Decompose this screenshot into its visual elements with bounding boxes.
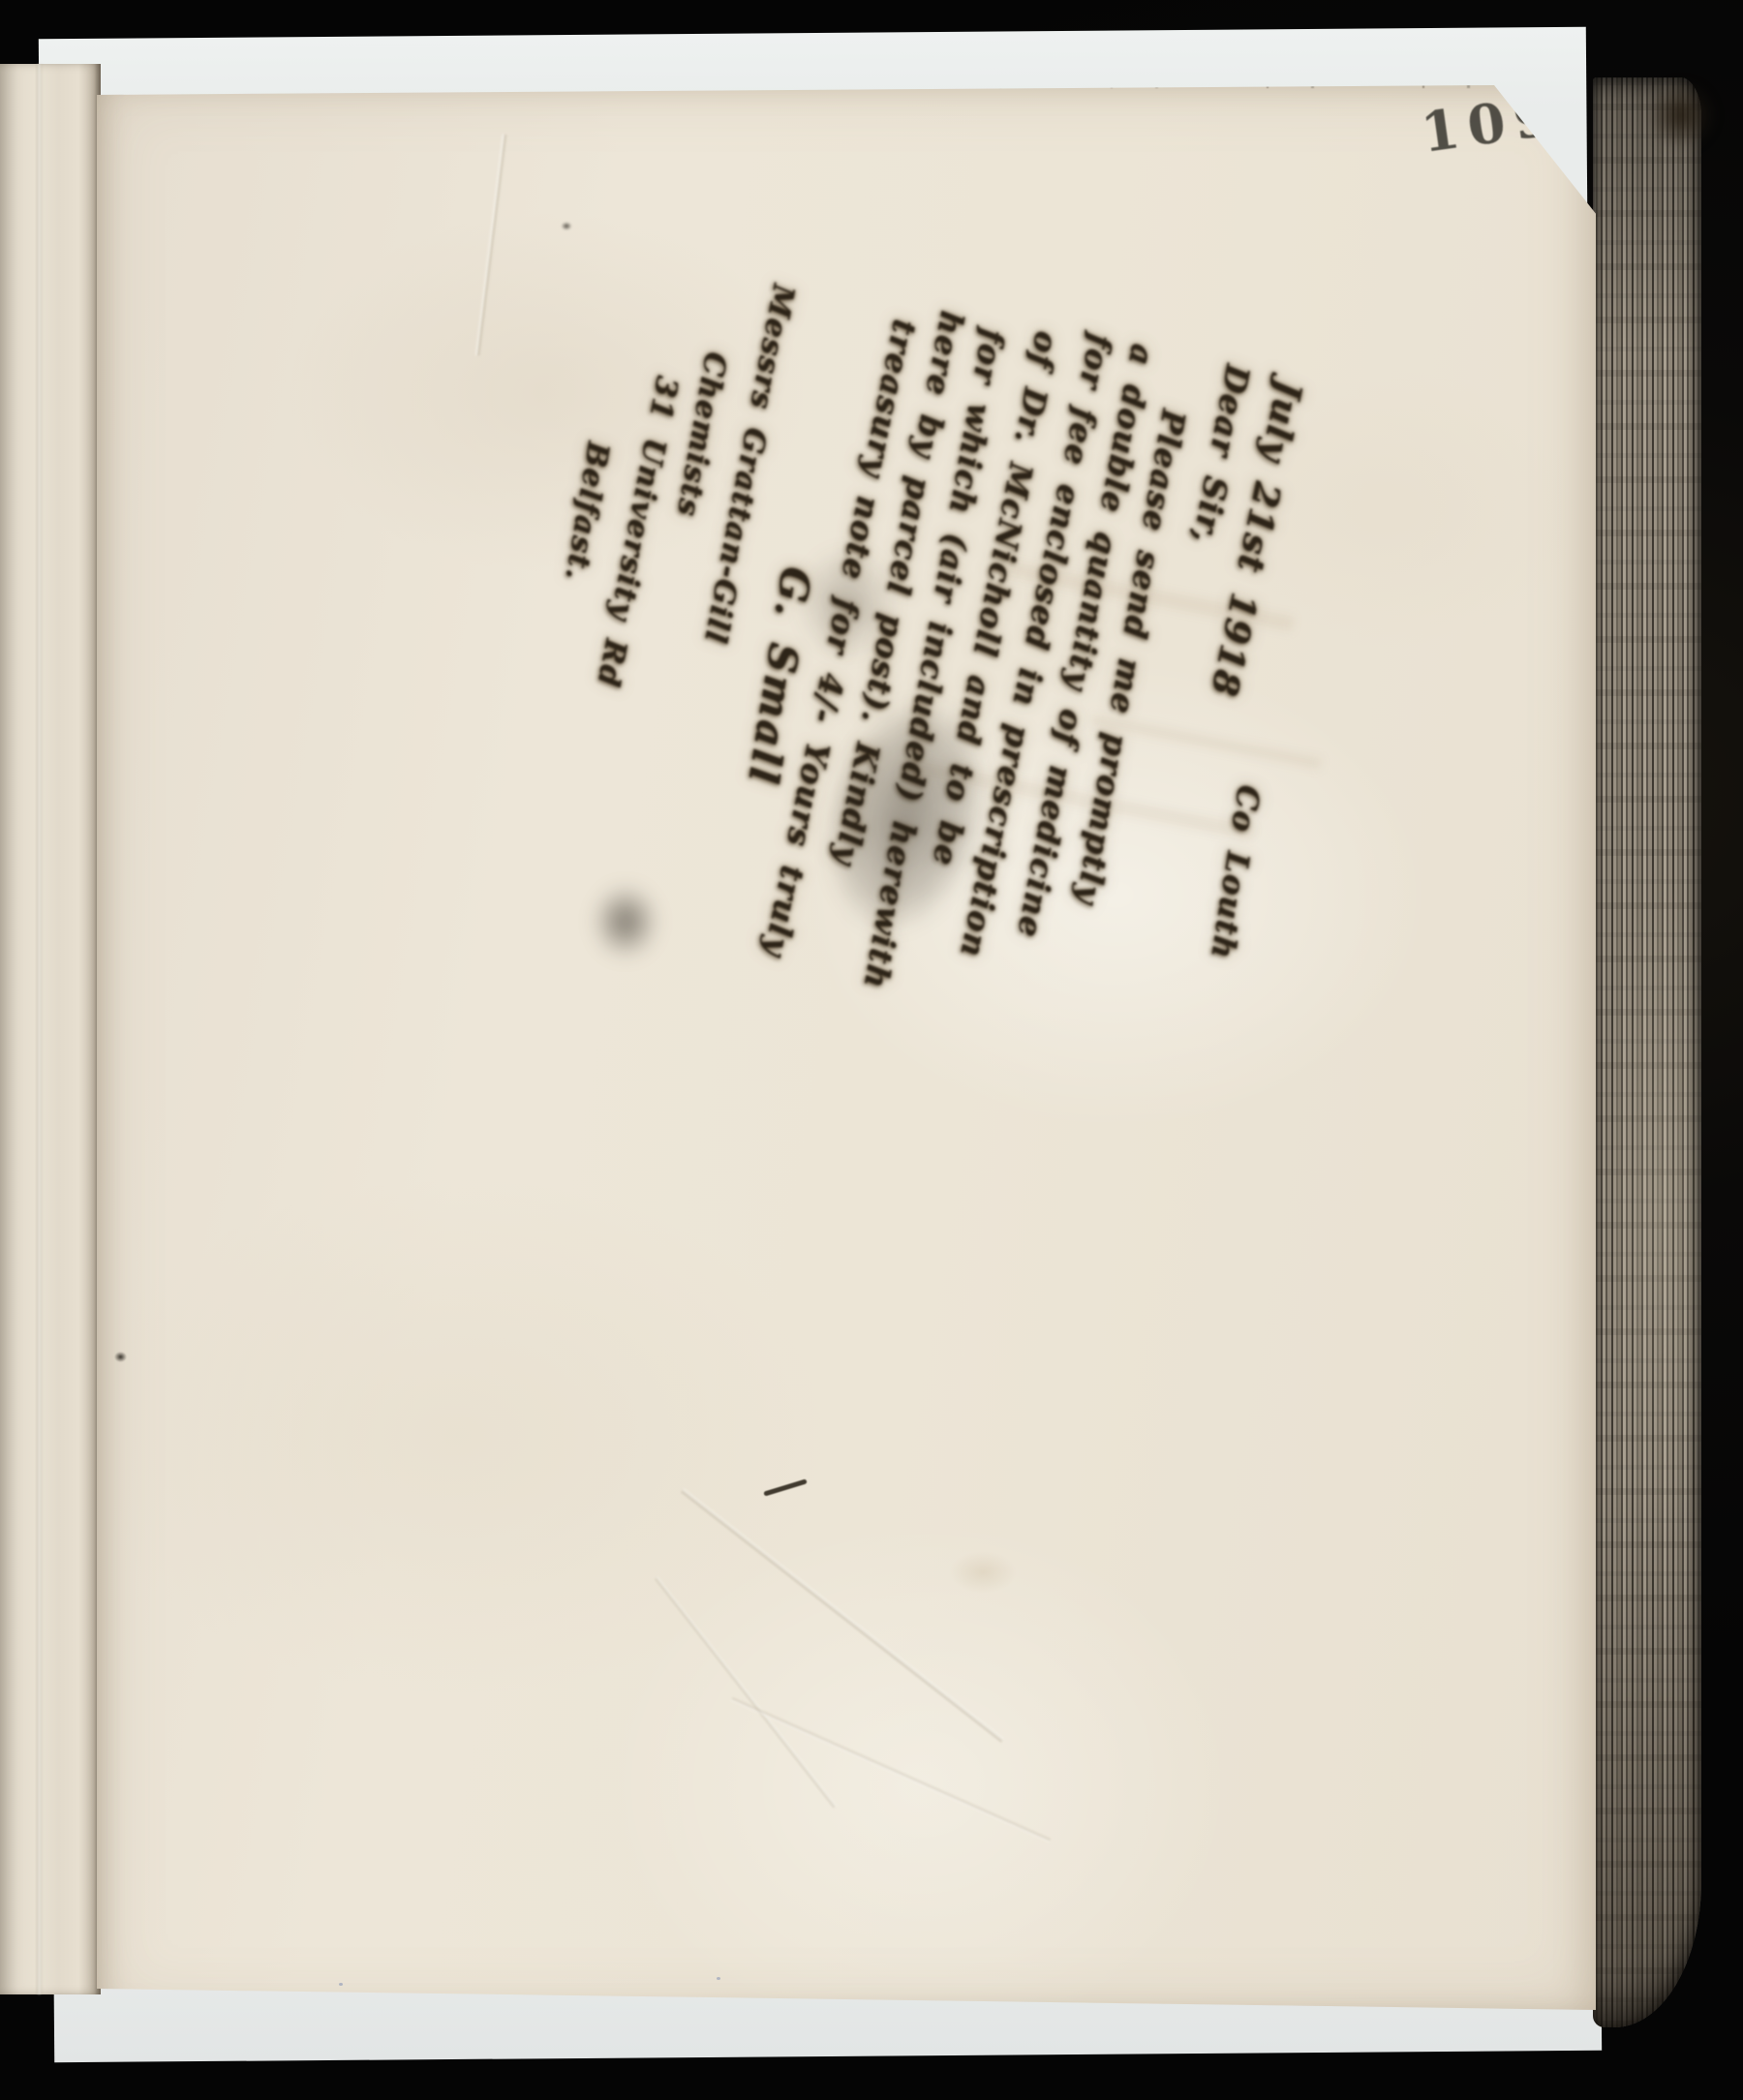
book-page-scan: 109 Co Louth July 21st 1918 Dear Sir, Pl…	[0, 0, 1743, 2100]
ink-smudge	[579, 869, 672, 974]
fore-edge-page-stack	[1593, 77, 1701, 2027]
ink-smudge	[775, 521, 920, 685]
paper-crease	[681, 1488, 1004, 1743]
paper-crease	[655, 1577, 837, 1809]
faint-stain	[949, 1551, 1017, 1594]
ink-speck	[560, 221, 573, 231]
previous-leaf-crease	[37, 64, 42, 1994]
paper-crease	[731, 1697, 1052, 1842]
previous-leaf-edge	[0, 64, 101, 1994]
ink-transfer-speck	[717, 1977, 720, 1980]
stray-fiber	[763, 1478, 807, 1496]
fore-edge-sheen	[1593, 77, 1701, 2027]
cover-shadow	[1647, 81, 1715, 149]
paper-crease	[474, 134, 507, 355]
page-leaf: 109 Co Louth July 21st 1918 Dear Sir, Pl…	[97, 83, 1596, 2016]
edge-hole	[114, 1352, 127, 1362]
ink-transfer-speck	[339, 1983, 343, 1986]
